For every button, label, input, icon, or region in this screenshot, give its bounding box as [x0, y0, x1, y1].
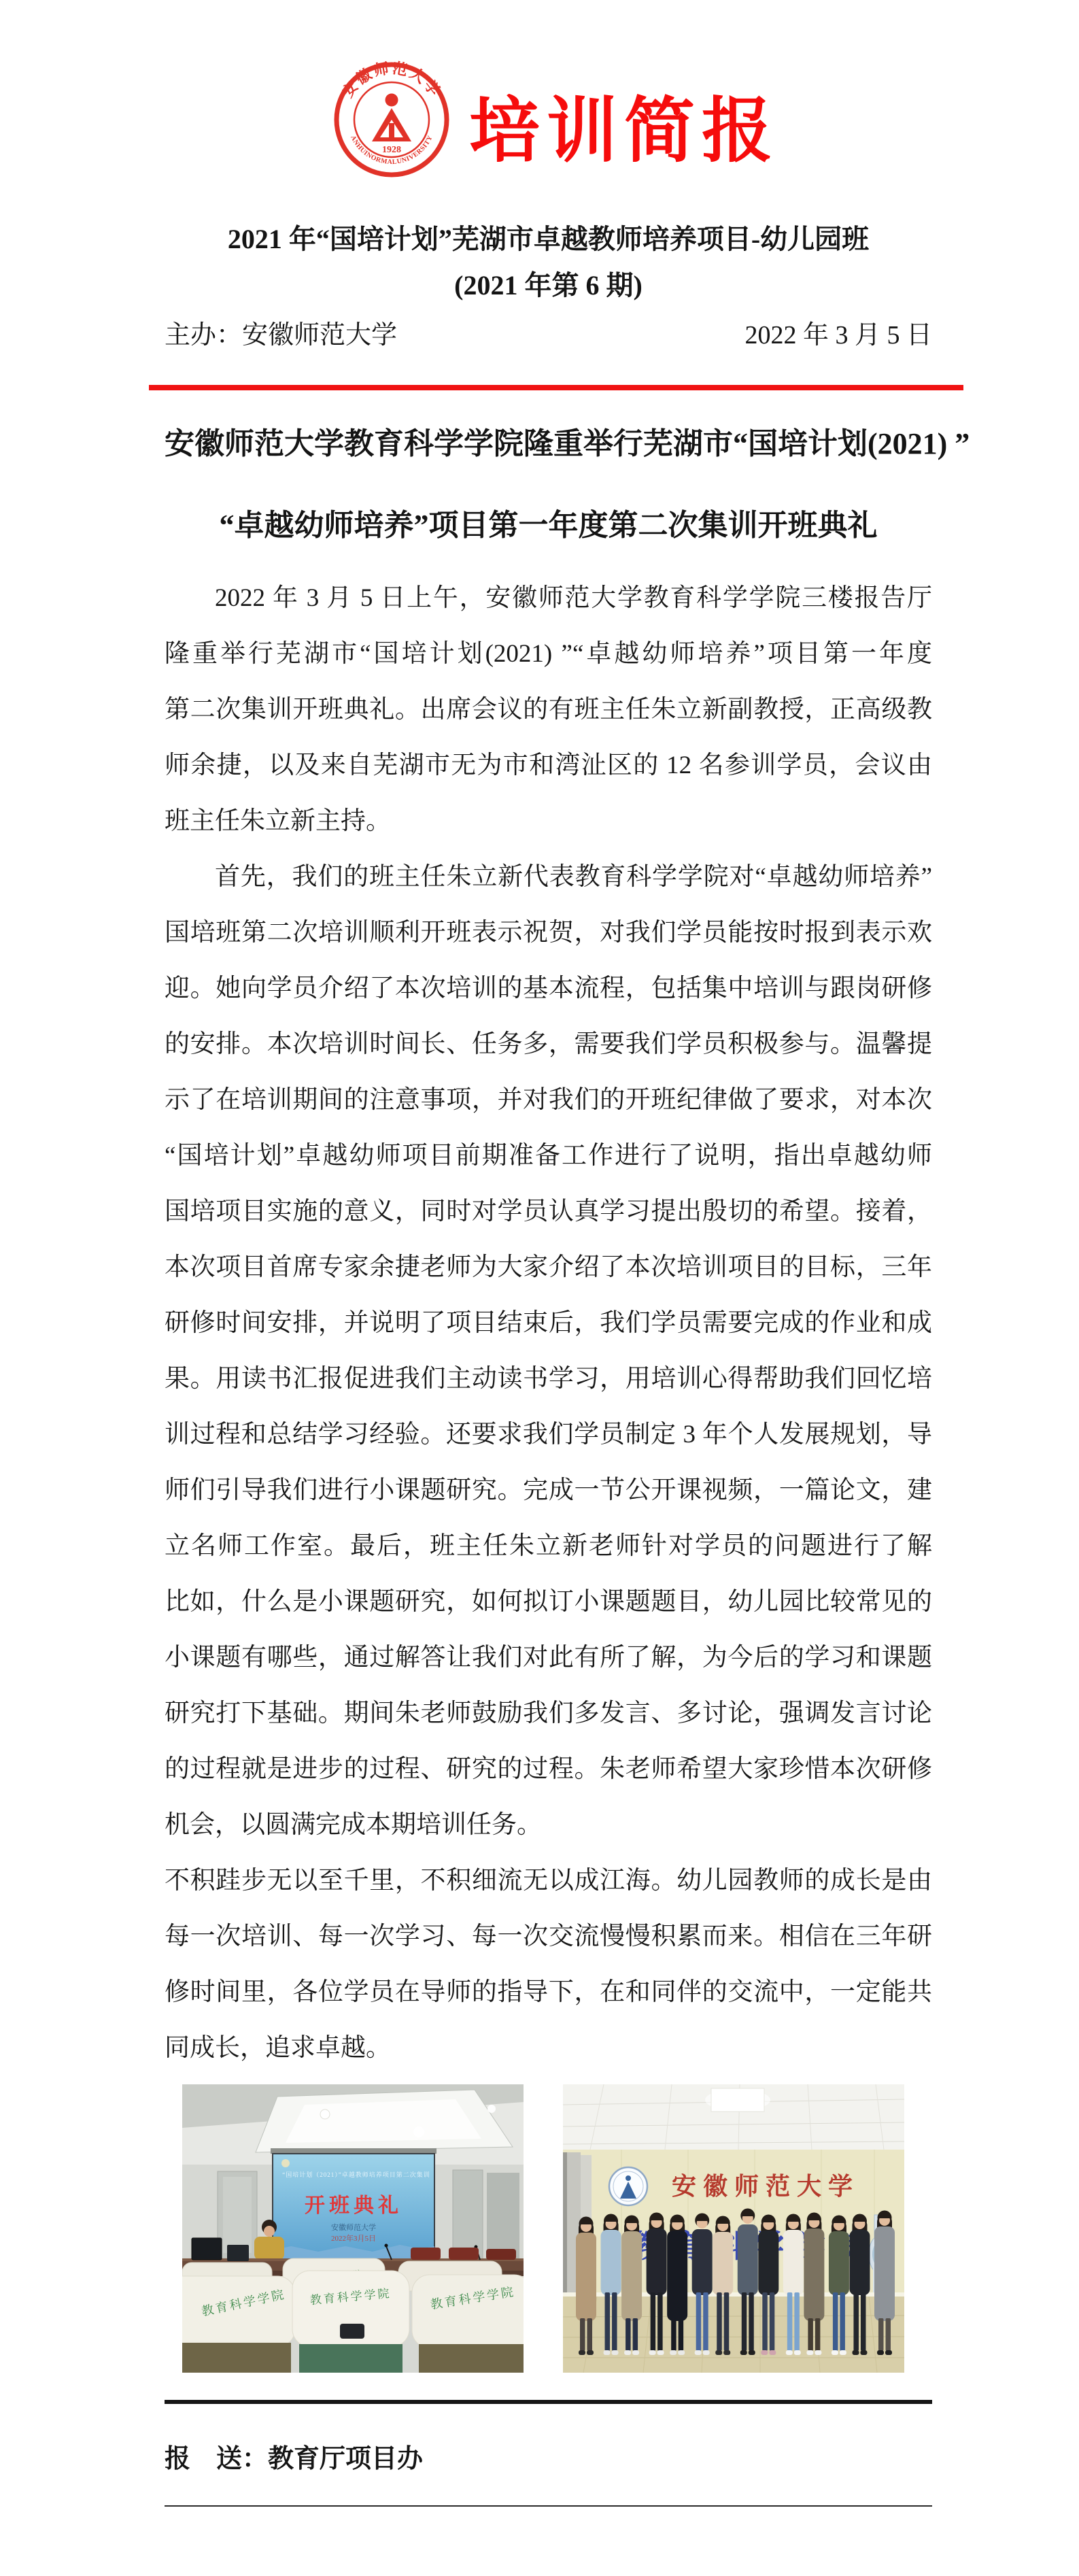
body-line-p2-11: 训过程和总结学习经验。还要求我们学员制定 3 年个人发展规划，导 [165, 1407, 932, 1463]
photo-opening-ceremony: “国培计划（2021）”卓越教师培养项目第二次集训 开班典礼 安徽师范大学 20… [182, 2084, 524, 2373]
body-line-p2-16: 研究打下基础。期间朱老师鼓励我们多发言、多讨论，强调发言讨论 [165, 1686, 932, 1742]
wall-banner-red: 安徽师范大学 [672, 2173, 859, 2200]
body-line-p2-3: 迎。她向学员介绍了本次培训的基本流程，包括集中培训与跟岗研修 [165, 961, 932, 1017]
issue-date-text: 2022 年 3 月 5 日 [744, 318, 932, 352]
ceiling-light [320, 2109, 330, 2119]
masthead-title: 培训简报 [469, 84, 775, 180]
university-seal-logo: 安徽师范大学 ANHUINORMALUNIVERSITY 1928 [332, 60, 451, 180]
seal-emblem [372, 94, 411, 142]
body-line-p2-18: 机会，以圆满完成本期培训任务。 [165, 1797, 932, 1853]
monitor [227, 2245, 249, 2261]
opening-ceremony-scene: “国培计划（2021）”卓越教师培养项目第二次集训 开班典礼 安徽师范大学 20… [182, 2084, 524, 2373]
body-line-p2-8: 本次项目首席专家余捷老师为大家介绍了本次培训项目的目标，三年 [165, 1240, 932, 1295]
body-line-p2-15: 小课题有哪些，通过解答让我们对此有所了解，为今后的学习和课题 [165, 1630, 932, 1686]
body-line-p1-2: 隆重举行芜湖市“国培计划(2021) ”“卓越幼师培养”项目第一年度 [165, 626, 932, 682]
microphone-head [385, 2244, 388, 2248]
wall-seal-plaque [609, 2167, 647, 2205]
body-line-p2-9: 研修时间安排，并说明了项目结束后，我们学员需要完成的作业和成 [165, 1295, 932, 1351]
monitor [192, 2238, 222, 2260]
body-line-p2-7: 国培项目实施的意义，同时对学员认真学习提出殷切的希望。接着， [165, 1184, 932, 1240]
program-title-line2: (2021 年第 6 期) [165, 268, 932, 303]
lobby-ceiling [563, 2084, 904, 2150]
body-line-p2-10: 果。用读书汇报促进我们主动读书学习，用培训心得帮助我们回忆培 [165, 1351, 932, 1407]
body-line-p2-12: 师们引导我们进行小课题研究。完成一节公开课视频，一篇论文，建 [165, 1463, 932, 1519]
slide-logo-icon [281, 2159, 290, 2167]
group-photo-scene: 安徽师范大学 教育科学学院 [563, 2084, 904, 2373]
footer-report-line: 报 送：教育厅项目办 [165, 2441, 932, 2477]
hall-wall-panel [487, 2173, 519, 2260]
slide-date: 2022年3月5日 [331, 2233, 376, 2243]
body-line-p3-3: 修时间里，各位学员在导师的指导下，在和同伴的交流中，一定能共 [165, 1965, 932, 2020]
bulletin-page: 安徽师范大学 ANHUINORMALUNIVERSITY 1928 培训简报 2… [0, 0, 1079, 2576]
body-line-p2-6: “国培计划”卓越幼师项目前期准备工作进行了说明，指出卓越幼师 [165, 1128, 932, 1184]
footer-top-rule [165, 2400, 932, 2404]
ceiling-light-panel [711, 2088, 764, 2112]
audience-seats: 教育科学学院 教育科学学院 教育科学学院 教育科学学院 [182, 2258, 524, 2373]
article-title-line1: 安徽师范大学教育科学学院隆重举行芜湖市“国培计划(2021) ” [165, 424, 932, 464]
masthead-red-rule [149, 385, 963, 390]
red-chair-back [486, 2249, 516, 2260]
projection-screen: “国培计划（2021）”卓越教师培养项目第二次集训 开班典礼 安徽师范大学 20… [271, 2148, 436, 2261]
article-body: 2022 年 3 月 5 日上午，安徽师范大学教育科学学院三楼报告厅隆重举行芜湖… [165, 571, 932, 2076]
body-line-p3-4: 同成长，追求卓越。 [165, 2020, 932, 2076]
ceiling-light [413, 2126, 424, 2137]
body-line-p3-2: 每一次培训、每一次学习、每一次交流慢慢积累而来。相信在三年研 [165, 1909, 932, 1965]
ceiling-light [487, 2105, 496, 2113]
footer-bottom-rule [165, 2505, 932, 2507]
body-line-p1-4: 师余捷，以及来自芜湖市无为市和湾沚区的 12 名参训学员，会议由 [165, 738, 932, 794]
body-line-p2-5: 示了在培训期间的注意事项，并对我们的开班纪律做了要求，对本次 [165, 1072, 932, 1128]
issue-info-row: 主办：安徽师范大学 2022 年 3 月 5 日 [165, 318, 932, 352]
body-line-p1-3: 第二次集训开班典礼。出席会议的有班主任朱立新副教授，正高级教 [165, 682, 932, 738]
body-line-p2-2: 国培班第二次培训顺利开班表示祝贺，对我们学员能按时报到表示欢 [165, 905, 932, 961]
slide-topline: “国培计划（2021）”卓越教师培养项目第二次集训 [282, 2171, 430, 2178]
body-line-p1-1: 2022 年 3 月 5 日上午，安徽师范大学教育科学学院三楼报告厅 [165, 571, 932, 626]
seal-year: 1928 [382, 145, 401, 155]
body-line-p1-5: 班主任朱立新主持。 [165, 794, 932, 849]
body-line-p2-4: 的安排。本次培训时间长、任务多，需要我们学员积极参与。温馨提 [165, 1017, 932, 1072]
body-line-p2-13: 立名师工作室。最后，班主任朱立新老师针对学员的问题进行了解答， [165, 1519, 932, 1574]
slide-org: 安徽师范大学 [331, 2222, 376, 2232]
body-line-p2-14: 比如，什么是小课题研究，如何拟订小课题题目，幼儿园比较常见的 [165, 1574, 932, 1630]
photo-group-lobby: 安徽师范大学 教育科学学院 [563, 2084, 904, 2373]
hall-door-panel [223, 2177, 252, 2253]
program-title-line1: 2021 年“国培计划”芜湖市卓越教师培养项目-幼儿园班 [165, 222, 932, 257]
lobby-door-edge [563, 2152, 567, 2294]
slide-title: 开班典礼 [305, 2194, 403, 2217]
organizer-text: 主办：安徽师范大学 [165, 318, 397, 352]
body-line-p2-1: 首先，我们的班主任朱立新代表教育科学学院对“卓越幼师培养” [165, 849, 932, 905]
article-title-line2: “卓越幼师培养”项目第一年度第二次集训开班典礼 [165, 506, 932, 545]
red-chair-back [449, 2248, 479, 2260]
body-line-p2-17: 的过程就是进步的过程、研究的过程。朱老师希望大家珍惜本次研修 [165, 1742, 932, 1797]
seal-logo-graphic: 安徽师范大学 ANHUINORMALUNIVERSITY 1928 [332, 60, 451, 180]
body-line-p3-1: 不积跬步无以至千里，不积细流无以成江海。幼儿园教师的成长是由 [165, 1853, 932, 1909]
hall-door-right [453, 2170, 483, 2260]
red-chair-back [411, 2248, 441, 2260]
